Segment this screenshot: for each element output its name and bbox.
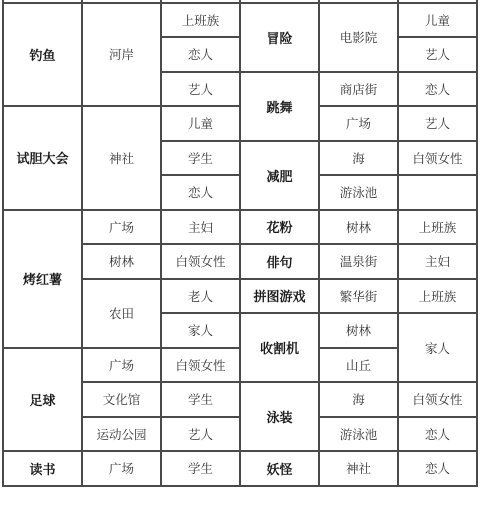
activity-cell: 试胆大会 <box>3 106 82 210</box>
person-cell: 家人 <box>161 313 240 348</box>
location-cell: 神社 <box>82 106 161 210</box>
table-row: 钓鱼 河岸 上班族 冒险 电影院 儿童 <box>3 3 477 38</box>
activity-cell: 花粉 <box>240 210 319 245</box>
table-row: 读书 广场 学生 妖怪 神社 恋人 <box>3 451 477 486</box>
person-cell: 艺人 <box>398 106 477 141</box>
table-wrapper: 钓鱼 河岸 上班族 冒险 电影院 儿童 恋人 艺人 艺人 跳舞 商店街 恋人 试… <box>0 0 480 487</box>
person-cell: 儿童 <box>398 3 477 38</box>
location-cell: 游泳池 <box>319 175 398 210</box>
person-cell: 恋人 <box>161 175 240 210</box>
person-cell: 恋人 <box>161 37 240 72</box>
activity-cell: 冒险 <box>240 3 319 72</box>
location-cell: 树林 <box>319 313 398 348</box>
person-cell: 白领女性 <box>398 382 477 417</box>
person-cell <box>398 175 477 210</box>
person-cell: 儿童 <box>161 106 240 141</box>
activity-cell: 拼图游戏 <box>240 279 319 314</box>
activity-cell: 烤红薯 <box>3 210 82 348</box>
location-cell: 山丘 <box>319 348 398 383</box>
person-cell: 家人 <box>398 313 477 382</box>
location-cell: 农田 <box>82 279 161 348</box>
location-cell: 电影院 <box>319 3 398 72</box>
activity-cell: 减肥 <box>240 141 319 210</box>
person-cell: 主妇 <box>161 210 240 245</box>
location-cell: 海 <box>319 382 398 417</box>
activity-cell: 足球 <box>3 348 82 452</box>
person-cell: 学生 <box>161 141 240 176</box>
person-cell: 恋人 <box>398 451 477 486</box>
activity-cell: 收割机 <box>240 313 319 382</box>
person-cell: 恋人 <box>398 72 477 107</box>
person-cell: 艺人 <box>398 37 477 72</box>
person-cell: 上班族 <box>398 210 477 245</box>
activity-cell: 俳句 <box>240 244 319 279</box>
location-cell: 商店街 <box>319 72 398 107</box>
person-cell: 白领女性 <box>398 141 477 176</box>
person-cell: 学生 <box>161 382 240 417</box>
location-cell: 广场 <box>82 348 161 383</box>
person-cell: 白领女性 <box>161 348 240 383</box>
person-cell: 艺人 <box>161 72 240 107</box>
location-cell: 树林 <box>319 210 398 245</box>
person-cell: 白领女性 <box>161 244 240 279</box>
location-cell: 温泉街 <box>319 244 398 279</box>
location-cell: 海 <box>319 141 398 176</box>
activity-cell: 钓鱼 <box>3 3 82 107</box>
location-cell: 文化馆 <box>82 382 161 417</box>
table-row: 烤红薯 广场 主妇 花粉 树林 上班族 <box>3 210 477 245</box>
person-cell: 老人 <box>161 279 240 314</box>
location-cell: 游泳池 <box>319 417 398 452</box>
person-cell: 学生 <box>161 451 240 486</box>
location-cell: 广场 <box>82 210 161 245</box>
location-cell: 树林 <box>82 244 161 279</box>
activity-cell: 读书 <box>3 451 82 486</box>
location-cell: 神社 <box>319 451 398 486</box>
location-cell: 广场 <box>82 451 161 486</box>
activity-cell: 泳装 <box>240 382 319 451</box>
person-cell: 主妇 <box>398 244 477 279</box>
location-cell: 广场 <box>319 106 398 141</box>
location-cell: 河岸 <box>82 3 161 107</box>
person-cell: 上班族 <box>398 279 477 314</box>
activity-cell: 妖怪 <box>240 451 319 486</box>
person-cell: 恋人 <box>398 417 477 452</box>
activity-location-people-table: 钓鱼 河岸 上班族 冒险 电影院 儿童 恋人 艺人 艺人 跳舞 商店街 恋人 试… <box>2 0 478 487</box>
person-cell: 上班族 <box>161 3 240 38</box>
location-cell: 运动公园 <box>82 417 161 452</box>
person-cell: 艺人 <box>161 417 240 452</box>
activity-cell: 跳舞 <box>240 72 319 141</box>
location-cell: 繁华街 <box>319 279 398 314</box>
